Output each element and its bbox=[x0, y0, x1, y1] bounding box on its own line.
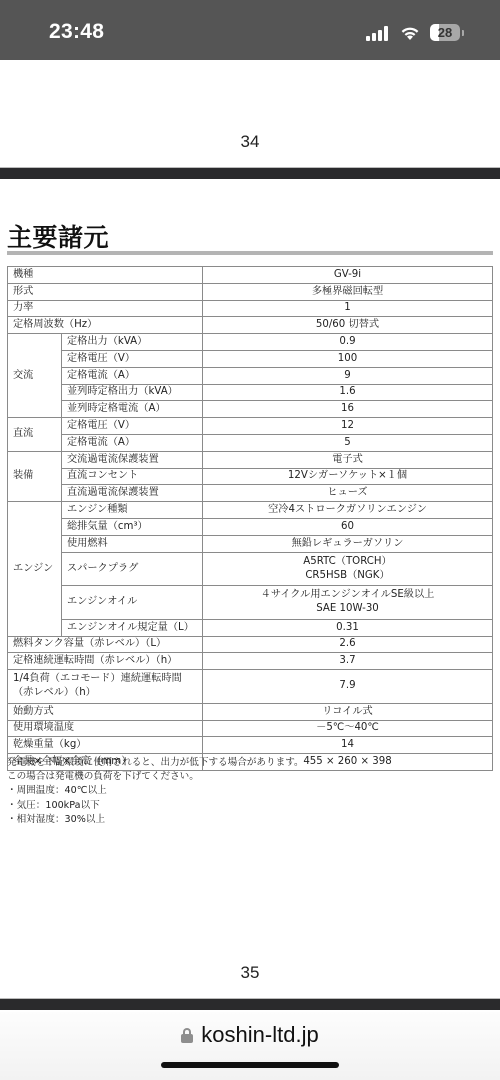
row-value: ヒューズ bbox=[203, 485, 493, 502]
battery-percent: 28 bbox=[430, 24, 460, 41]
row-label: 直流過電流保護装置 bbox=[62, 485, 203, 502]
url-text[interactable]: koshin-ltd.jp bbox=[201, 1022, 318, 1047]
table-row: エンジンオイル規定量（L） 0.31 bbox=[8, 619, 493, 636]
lock-icon bbox=[181, 1028, 193, 1043]
row-label: 力率 bbox=[8, 300, 203, 317]
row-label: 使用環境温度 bbox=[8, 720, 203, 737]
row-value: 多極界磁回転型 bbox=[203, 283, 493, 300]
wifi-icon bbox=[399, 24, 421, 41]
row-label: 燃料タンク容量（赤レベル）（L） bbox=[8, 636, 203, 653]
value-line: SAE 10W-30 bbox=[208, 602, 487, 616]
note-line: ・相対湿度：30%以上 bbox=[7, 813, 304, 827]
row-label: 定格周波数（Hz） bbox=[8, 317, 203, 334]
label-line: 1/4負荷（エコモード）連続運転時間 bbox=[13, 672, 197, 686]
row-label: 形式 bbox=[8, 283, 203, 300]
row-value: 1.6 bbox=[203, 384, 493, 401]
row-value: 無鉛レギュラーガソリン bbox=[203, 535, 493, 552]
table-row: 乾燥重量（kg） 14 bbox=[8, 737, 493, 754]
note-line: ・周囲温度：40℃以上 bbox=[7, 784, 304, 798]
row-value: 60 bbox=[203, 518, 493, 535]
table-row: 総排気量（cm³） 60 bbox=[8, 518, 493, 535]
row-value: リコイル式 bbox=[203, 703, 493, 720]
row-value: 2.6 bbox=[203, 636, 493, 653]
page-title: 主要諸元 bbox=[7, 218, 109, 254]
row-value: 12 bbox=[203, 418, 493, 435]
note-line: 発電機を下記環境に使用されると、出力が低下する場合があります。 bbox=[7, 756, 304, 770]
group-label-dc: 直流 bbox=[8, 418, 62, 452]
row-label: エンジンオイル bbox=[62, 586, 203, 620]
row-value: 5 bbox=[203, 434, 493, 451]
row-label: 使用燃料 bbox=[62, 535, 203, 552]
table-row: 並列時定格出力（kVA） 1.6 bbox=[8, 384, 493, 401]
row-label: 1/4負荷（エコモード）連続運転時間 （赤レベル）（h） bbox=[8, 670, 203, 704]
home-indicator[interactable] bbox=[161, 1062, 339, 1068]
table-row: 使用環境温度 －5℃～40℃ bbox=[8, 720, 493, 737]
status-time: 23:48 bbox=[49, 20, 104, 44]
row-value: 100 bbox=[203, 350, 493, 367]
row-value: 0.9 bbox=[203, 334, 493, 351]
value-line: A5RTC（TORCH） bbox=[208, 555, 487, 569]
row-label: 定格電圧（V） bbox=[62, 418, 203, 435]
note-line: ・気圧：100kPa以下 bbox=[7, 799, 304, 813]
page-number-top: 34 bbox=[0, 132, 500, 152]
row-label: 直流コンセント bbox=[62, 468, 203, 485]
table-row: 定格電圧（V） 100 bbox=[8, 350, 493, 367]
table-row: 始動方式 リコイル式 bbox=[8, 703, 493, 720]
row-label: エンジン種類 bbox=[62, 502, 203, 519]
table-row: 装備 交流過電流保護装置 電子式 bbox=[8, 451, 493, 468]
row-value: 0.31 bbox=[203, 619, 493, 636]
table-row: 使用燃料 無鉛レギュラーガソリン bbox=[8, 535, 493, 552]
table-row: 交流 定格出力（kVA） 0.9 bbox=[8, 334, 493, 351]
row-label: 定格電圧（V） bbox=[62, 350, 203, 367]
page-separator-bottom bbox=[0, 998, 500, 1010]
status-bar: 23:48 28 bbox=[0, 0, 500, 60]
group-label-engine: エンジン bbox=[8, 502, 62, 636]
spec-table: 機種 GV-9i 形式 多極界磁回転型 力率 1 定格周波数（Hz） 50/60… bbox=[7, 266, 493, 771]
table-row: 定格電流（A） 9 bbox=[8, 367, 493, 384]
row-label: 始動方式 bbox=[8, 703, 203, 720]
table-row: エンジンオイル ４サイクル用エンジンオイルSE級以上 SAE 10W-30 bbox=[8, 586, 493, 620]
notes: 発電機を下記環境に使用されると、出力が低下する場合があります。 この場合は発電機… bbox=[7, 756, 304, 827]
value-line: CR5HSB（NGK） bbox=[208, 569, 487, 583]
row-label: エンジンオイル規定量（L） bbox=[62, 619, 203, 636]
row-value: 7.9 bbox=[203, 670, 493, 704]
row-value: 9 bbox=[203, 367, 493, 384]
row-value: 16 bbox=[203, 401, 493, 418]
row-value: 1 bbox=[203, 300, 493, 317]
row-label: 機種 bbox=[8, 267, 203, 284]
row-label: 定格出力（kVA） bbox=[62, 334, 203, 351]
row-value: A5RTC（TORCH） CR5HSB（NGK） bbox=[203, 552, 493, 586]
table-row: 直流コンセント 12Vシガーソケット×１個 bbox=[8, 468, 493, 485]
row-label: 乾燥重量（kg） bbox=[8, 737, 203, 754]
row-value: 50/60 切替式 bbox=[203, 317, 493, 334]
row-value: 空冷4ストロークガソリンエンジン bbox=[203, 502, 493, 519]
row-label: 定格連続運転時間（赤レベル）（h） bbox=[8, 653, 203, 670]
row-value: 12Vシガーソケット×１個 bbox=[203, 468, 493, 485]
row-label: 定格電流（A） bbox=[62, 434, 203, 451]
table-row: 直流 定格電圧（V） 12 bbox=[8, 418, 493, 435]
table-row: 並列時定格電流（A） 16 bbox=[8, 401, 493, 418]
table-row: 機種 GV-9i bbox=[8, 267, 493, 284]
table-row: 形式 多極界磁回転型 bbox=[8, 283, 493, 300]
row-label: スパークプラグ bbox=[62, 552, 203, 586]
table-row: 力率 1 bbox=[8, 300, 493, 317]
cellular-signal-icon bbox=[366, 26, 390, 41]
battery-cap bbox=[462, 30, 464, 36]
table-row: 1/4負荷（エコモード）連続運転時間 （赤レベル）（h） 7.9 bbox=[8, 670, 493, 704]
group-label-equipment: 装備 bbox=[8, 451, 62, 501]
row-label: 定格電流（A） bbox=[62, 367, 203, 384]
row-value: 電子式 bbox=[203, 451, 493, 468]
table-row: スパークプラグ A5RTC（TORCH） CR5HSB（NGK） bbox=[8, 552, 493, 586]
row-value: 14 bbox=[203, 737, 493, 754]
table-row: エンジン エンジン種類 空冷4ストロークガソリンエンジン bbox=[8, 502, 493, 519]
row-value: GV-9i bbox=[203, 267, 493, 284]
value-line: ４サイクル用エンジンオイルSE級以上 bbox=[208, 588, 487, 602]
row-value: 3.7 bbox=[203, 653, 493, 670]
row-label: 交流過電流保護装置 bbox=[62, 451, 203, 468]
battery-icon: 28 bbox=[430, 24, 460, 41]
table-row: 定格周波数（Hz） 50/60 切替式 bbox=[8, 317, 493, 334]
row-label: 総排気量（cm³） bbox=[62, 518, 203, 535]
heading-rule bbox=[7, 251, 493, 255]
table-row: 定格電流（A） 5 bbox=[8, 434, 493, 451]
page-separator-top bbox=[0, 167, 500, 179]
table-row: 燃料タンク容量（赤レベル）（L） 2.6 bbox=[8, 636, 493, 653]
browser-address-bar[interactable]: koshin-ltd.jp bbox=[0, 1012, 500, 1080]
row-value: ４サイクル用エンジンオイルSE級以上 SAE 10W-30 bbox=[203, 586, 493, 620]
table-row: 直流過電流保護装置 ヒューズ bbox=[8, 485, 493, 502]
group-label-ac: 交流 bbox=[8, 334, 62, 418]
row-value: －5℃～40℃ bbox=[203, 720, 493, 737]
table-row: 定格連続運転時間（赤レベル）（h） 3.7 bbox=[8, 653, 493, 670]
note-line: この場合は発電機の負荷を下げてください。 bbox=[7, 770, 304, 784]
row-label: 並列時定格出力（kVA） bbox=[62, 384, 203, 401]
page-number-bottom: 35 bbox=[0, 963, 500, 983]
row-label: 並列時定格電流（A） bbox=[62, 401, 203, 418]
label-line: （赤レベル）（h） bbox=[13, 686, 197, 700]
